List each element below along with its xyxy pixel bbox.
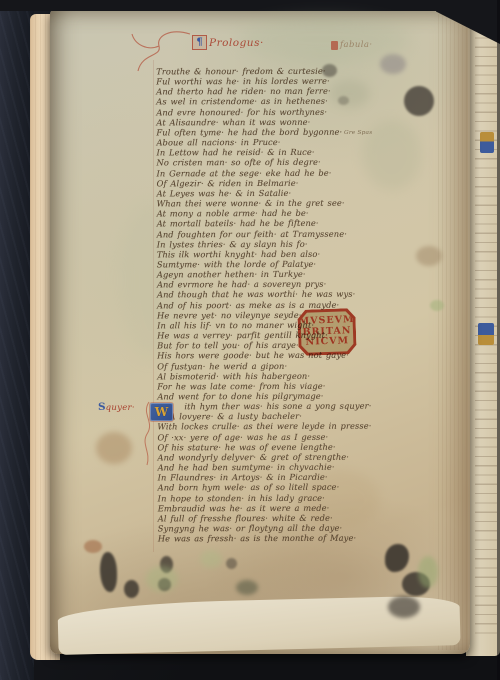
text-line: NICVM bbox=[305, 336, 349, 348]
text-line: And of his poort· as meke as is a mayde· bbox=[157, 299, 371, 310]
decorated-initial-w: W bbox=[150, 403, 173, 421]
verse-text-block: Trouthe & honour· fredom & curtesie·Ful … bbox=[156, 66, 372, 544]
stain bbox=[380, 54, 406, 74]
stain bbox=[200, 550, 222, 568]
stain bbox=[388, 596, 420, 618]
text-line: Of fustyan· he werid a gipon· bbox=[157, 360, 371, 371]
margin-rubric-text: quyer· bbox=[106, 403, 135, 413]
text-line: In Gernade at the sege· eke had he be· bbox=[157, 167, 371, 178]
text-line: Sumtyme· with the lorde of Palatye· bbox=[157, 259, 371, 270]
stain bbox=[236, 580, 258, 595]
text-line: Ageyn another hethen· in Turkye· bbox=[157, 269, 371, 280]
text-line: And therto had he riden· no man ferre· bbox=[156, 86, 370, 97]
text-line: Ful often tyme· he had the bord bygonne· bbox=[156, 127, 370, 138]
running-title-text: Prologus· bbox=[209, 37, 264, 49]
running-title-right: fabula· bbox=[331, 40, 372, 50]
rubric-mark-icon bbox=[331, 41, 338, 50]
text-line: At Leyes was he· & in Satalie· bbox=[157, 188, 371, 199]
stain bbox=[96, 432, 132, 464]
running-title-left: ¶ Prologus· bbox=[192, 35, 264, 50]
text-line: At mortall bateils· had he be fiftene· bbox=[157, 218, 371, 229]
text-line: For he was late come· from his viage· bbox=[157, 380, 371, 391]
text-line: Of Algezir· & riden in Belmarie· bbox=[157, 177, 371, 188]
stain bbox=[100, 552, 117, 592]
next-folio-decorated-initial bbox=[480, 132, 494, 153]
text-line: And evre honoured· for his worthynes· bbox=[156, 106, 370, 117]
text-line: As wel in cristendome· as in hethenes· bbox=[156, 96, 370, 107]
text-line: And went for to done his pilgrymage· bbox=[157, 391, 371, 402]
margin-note: Gre Spas bbox=[344, 130, 372, 136]
text-line: At Alisaundre· whan it was wonne· bbox=[156, 116, 370, 127]
text-line: This ilk worthi knyght· had ben also· bbox=[157, 248, 371, 259]
stain bbox=[146, 566, 178, 592]
text-line: In lystes thries· & ay slayn his fo· bbox=[157, 238, 371, 249]
museum-britannicum-stamp: MVSEVMBRITANNICVM bbox=[297, 308, 357, 356]
stain bbox=[430, 300, 444, 311]
running-title-text: fabula· bbox=[340, 40, 372, 50]
stamp-text: MVSEVMBRITANNICVM bbox=[300, 311, 354, 354]
stain bbox=[404, 86, 434, 116]
pen-flourish-icon bbox=[128, 26, 198, 84]
text-line: Al bismoterid· with his habergeon· bbox=[157, 370, 371, 381]
text-line: And evrmore he had· a sovereyn prys· bbox=[157, 279, 371, 290]
margin-rubric-squier: S quyer· bbox=[98, 401, 135, 413]
stain bbox=[416, 246, 442, 266]
manuscript-photo: ¶ Prologus· fabula· Gre Spas S quyer· W … bbox=[0, 0, 500, 680]
margin-rubric-initial: S bbox=[98, 401, 106, 413]
text-line: Aboue all nacions· in Pruce· bbox=[156, 137, 370, 148]
text-line: And though that he was worthi· he was wy… bbox=[157, 289, 371, 300]
text-line: No cristen man· so ofte of his degre· bbox=[156, 157, 370, 168]
backdrop-top bbox=[0, 0, 500, 11]
page-fore-edge bbox=[438, 14, 468, 650]
stain bbox=[124, 580, 139, 598]
text-line: Whan thei were wonne· & in the gret see· bbox=[157, 198, 371, 209]
text-line: In Lettow had he reisid· & in Ruce· bbox=[156, 147, 370, 158]
text-line: At mony a noble arme· had he be· bbox=[157, 208, 371, 219]
stain bbox=[418, 556, 438, 588]
stain bbox=[240, 16, 410, 62]
text-line: And foughten for our feith· at Tramyssen… bbox=[157, 228, 371, 239]
stain bbox=[84, 540, 102, 553]
stain bbox=[226, 558, 237, 569]
text-line: He was as fressh· as is the monthe of Ma… bbox=[158, 533, 372, 544]
book-binding bbox=[0, 0, 34, 680]
next-folio-decorated-initial bbox=[478, 323, 494, 345]
